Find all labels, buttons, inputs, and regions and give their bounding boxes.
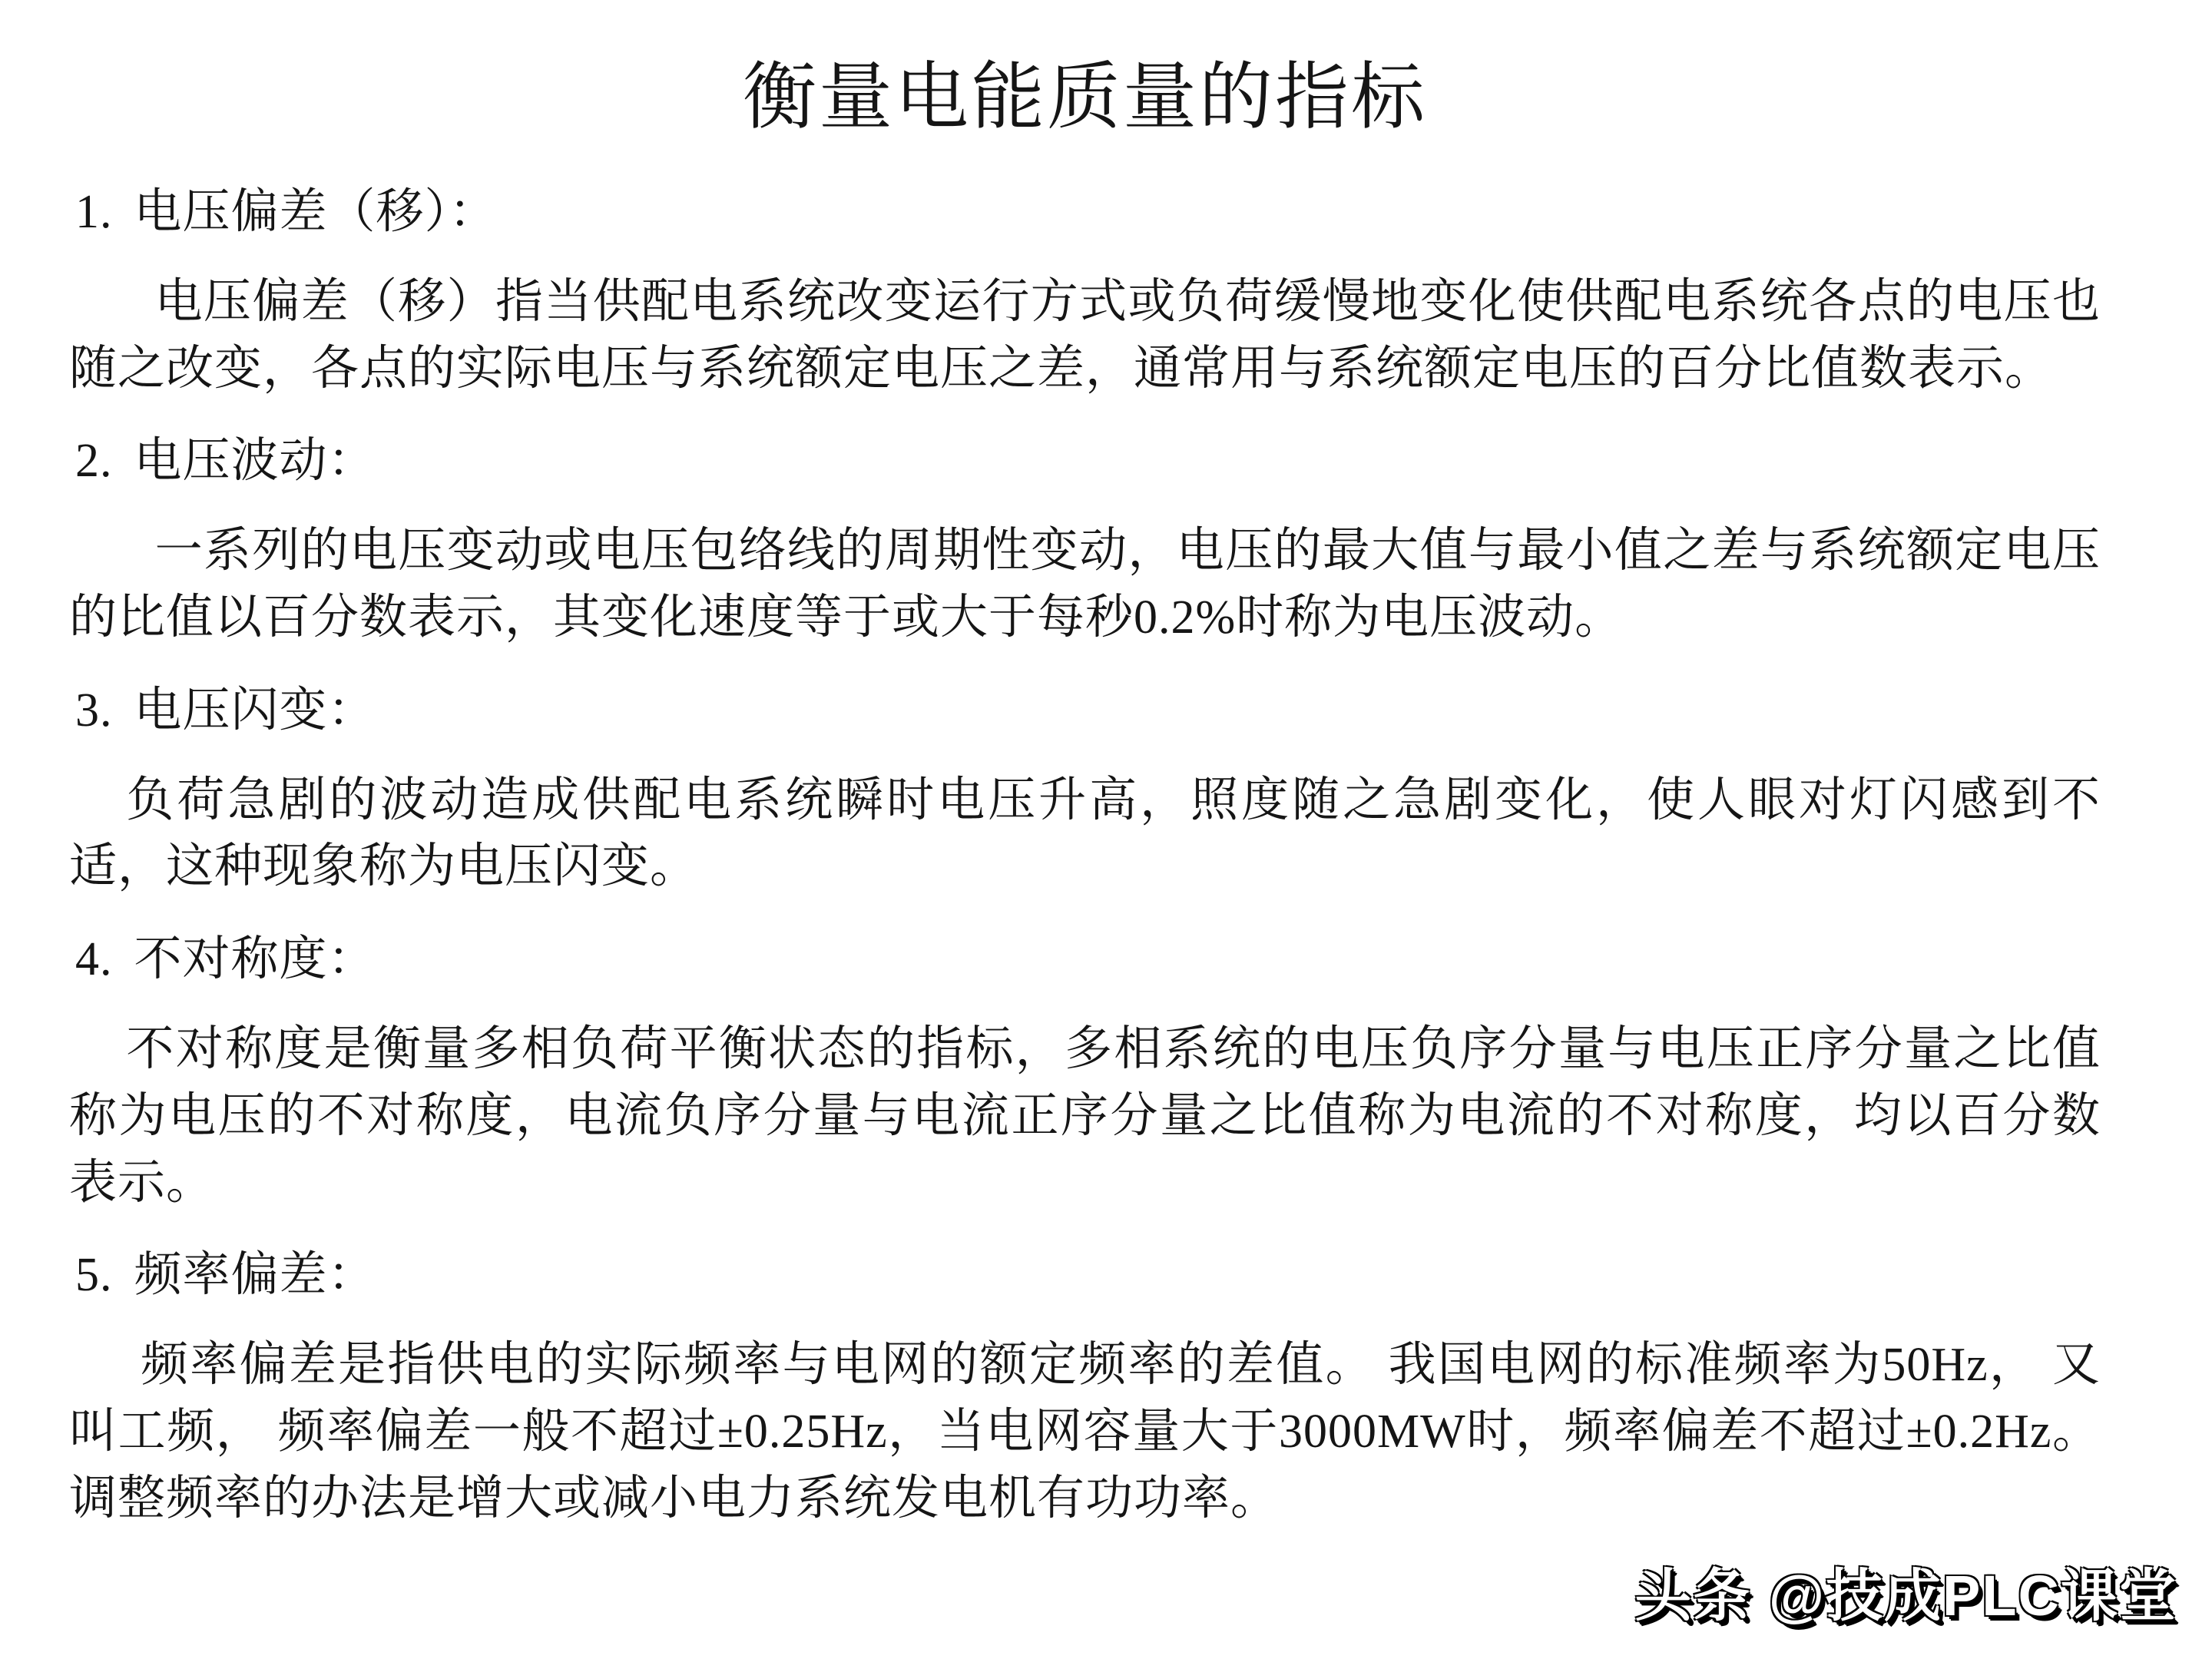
- page-title: 衡量电能质量的指标: [69, 42, 2101, 153]
- section-paragraph-voltage-deviation: 电压偏差（移）指当供配电系统改变运行方式或负荷缓慢地变化使供配电系统各点的电压也…: [69, 269, 2101, 402]
- section-heading-voltage-fluctuation: 2.电压波动：: [75, 428, 2101, 495]
- section-number: 5.: [75, 1249, 113, 1301]
- section-asymmetry: 4.不对称度： 不对称度是衡量多相负荷平衡状态的指标，多相系统的电压负序分量与电…: [69, 926, 2101, 1216]
- section-paragraph-frequency-deviation: 频率偏差是指供电的实际频率与电网的额定频率的差值。 我国电网的标准频率为50Hz…: [69, 1332, 2101, 1532]
- slide-content: 衡量电能质量的指标 1.电压偏差（移）： 电压偏差（移）指当供配电系统改变运行方…: [0, 0, 2212, 1532]
- section-heading-frequency-deviation: 5.频率偏差：: [75, 1242, 2101, 1309]
- section-number: 3.: [75, 684, 113, 737]
- section-heading-asymmetry: 4.不对称度：: [75, 926, 2101, 993]
- section-paragraph-voltage-fluctuation: 一系列的电压变动或电压包络线的周期性变动，电压的最大值与最小值之差与系统额定电压…: [69, 518, 2101, 651]
- section-voltage-deviation: 1.电压偏差（移）： 电压偏差（移）指当供配电系统改变运行方式或负荷缓慢地变化使…: [69, 179, 2101, 402]
- section-paragraph-asymmetry: 不对称度是衡量多相负荷平衡状态的指标，多相系统的电压负序分量与电压正序分量之比值…: [69, 1016, 2101, 1216]
- watermark-toutiao: 头条 @技成PLC课堂: [1634, 1551, 2177, 1632]
- section-heading-voltage-deviation: 1.电压偏差（移）：: [75, 179, 2101, 246]
- slide: 衡量电能质量的指标 1.电压偏差（移）： 电压偏差（移）指当供配电系统改变运行方…: [0, 0, 2212, 1659]
- section-number: 1.: [75, 186, 113, 238]
- section-number: 4.: [75, 933, 113, 985]
- section-title: 电压波动：: [134, 435, 376, 487]
- section-paragraph-voltage-flicker: 负荷急剧的波动造成供配电系统瞬时电压升高，照度随之急剧变化，使人眼对灯闪感到不适…: [69, 767, 2101, 901]
- section-voltage-fluctuation: 2.电压波动： 一系列的电压变动或电压包络线的周期性变动，电压的最大值与最小值之…: [69, 428, 2101, 651]
- section-title: 电压闪变：: [134, 684, 376, 737]
- section-number: 2.: [75, 435, 113, 487]
- watermark-text: 头条 @技成PLC课堂: [1634, 1564, 2177, 1628]
- section-heading-voltage-flicker: 3.电压闪变：: [75, 677, 2101, 744]
- section-title: 电压偏差（移）：: [134, 186, 498, 238]
- section-voltage-flicker: 3.电压闪变： 负荷急剧的波动造成供配电系统瞬时电压升高，照度随之急剧变化，使人…: [69, 677, 2101, 900]
- section-frequency-deviation: 5.频率偏差： 频率偏差是指供电的实际频率与电网的额定频率的差值。 我国电网的标…: [69, 1242, 2101, 1532]
- section-title: 频率偏差：: [134, 1249, 376, 1301]
- section-title: 不对称度：: [134, 933, 376, 985]
